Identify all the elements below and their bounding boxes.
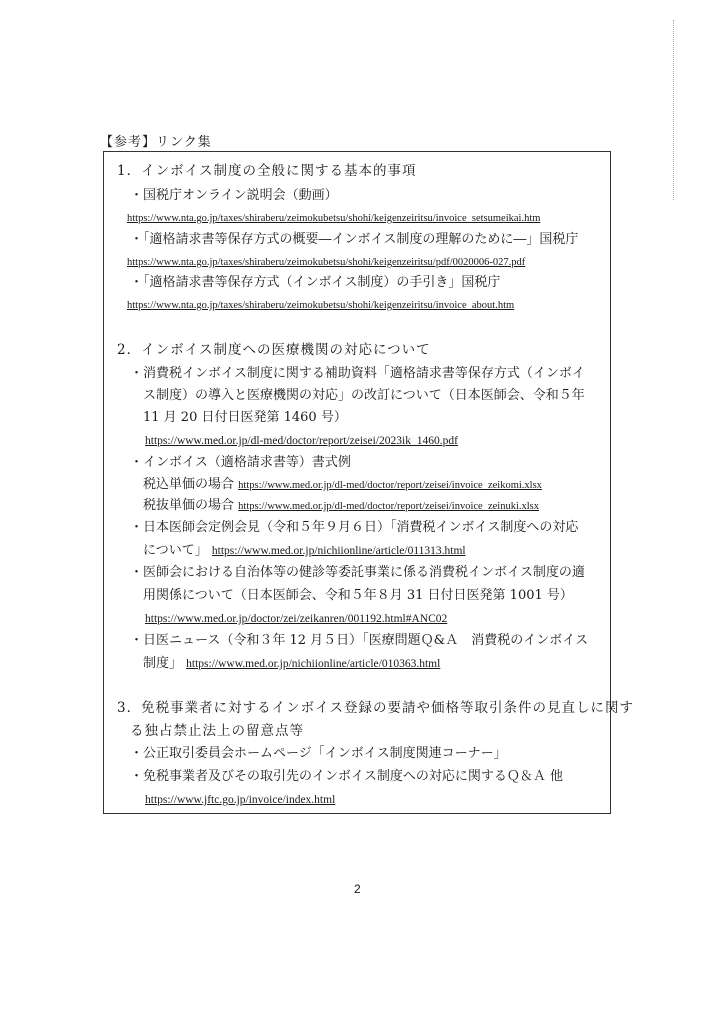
page-heading: 【参考】リンク集 bbox=[100, 131, 212, 150]
tax-included-link[interactable]: https://www.med.or.jp/dl-med/doctor/repo… bbox=[238, 480, 542, 491]
tax-included-label: 税込単価の場合 bbox=[143, 477, 234, 492]
section-1-item-3-link[interactable]: https://www.nta.go.jp/taxes/shiraberu/ze… bbox=[127, 300, 514, 311]
section-2-title: 2．インボイス制度への医療機関の対応について bbox=[117, 342, 431, 358]
section-1-item-1-link[interactable]: https://www.nta.go.jp/taxes/shiraberu/ze… bbox=[127, 213, 540, 224]
section-2-item-4-line-1: ・医師会における自治体等の健診等委託事業に係る消費税インボイス制度の適 bbox=[130, 565, 585, 581]
section-2-item-5-line-1: ・日医ニュース（令和３年 12 月５日）「医療問題Ｑ&Ａ 消費税のインボイス bbox=[130, 633, 588, 649]
page-number: 2 bbox=[354, 882, 361, 896]
section-2-item-3-line-2: について」 bbox=[143, 543, 208, 558]
section-2-item-5-link[interactable]: https://www.med.or.jp/nichiionline/artic… bbox=[186, 658, 440, 670]
section-3-title-line-2: る独占禁止法上の留意点等 bbox=[130, 723, 304, 739]
tax-excluded-link[interactable]: https://www.med.or.jp/dl-med/doctor/repo… bbox=[238, 501, 539, 512]
section-3-item-2-text: ・免税事業者及びその取引先のインボイス制度への対応に関するＱ＆Ａ 他 bbox=[130, 769, 563, 785]
section-2-item-3-link[interactable]: https://www.med.or.jp/nichiionline/artic… bbox=[212, 545, 466, 557]
section-1-item-1-text: ・国税庁オンライン説明会（動画） bbox=[130, 188, 338, 204]
section-2-item-5-line-2: 制度」 bbox=[143, 656, 182, 671]
scan-artifact-line bbox=[673, 20, 675, 200]
section-3-item-2-link[interactable]: https://www.jftc.go.jp/invoice/index.htm… bbox=[145, 794, 335, 806]
section-2-item-3-line-1: ・日本医師会定例会見（令和５年９月６日）「消費税インボイス制度への対応 bbox=[130, 520, 578, 536]
section-1-item-3-text: ・「適格請求書等保存方式（インボイス制度）の手引き」国税庁 bbox=[130, 275, 500, 291]
section-2-item-1-line-3: 11 月 20 日付日医発第 1460 号） bbox=[143, 410, 347, 426]
section-2-item-1-link[interactable]: https://www.med.or.jp/dl-med/doctor/repo… bbox=[145, 435, 458, 447]
tax-excluded-label: 税抜単価の場合 bbox=[143, 498, 234, 513]
section-3-item-1-text: ・公正取引委員会ホームページ「インボイス制度関連コーナー」 bbox=[130, 746, 507, 762]
section-1-item-2-link[interactable]: https://www.nta.go.jp/taxes/shiraberu/ze… bbox=[127, 257, 525, 268]
section-2-item-4-link[interactable]: https://www.med.or.jp/doctor/zei/zeikanr… bbox=[145, 613, 447, 625]
section-2-item-4-line-2: 用関係について（日本医師会、令和５年８月 31 日付日医発第 1001 号） bbox=[143, 588, 573, 604]
section-1-title: 1．インボイス制度の全般に関する基本的事項 bbox=[117, 163, 416, 179]
section-2-item-1-line-2: ス制度）の導入と医療機関の対応」の改訂について（日本医師会、令和５年 bbox=[143, 388, 585, 404]
section-2-item-1-line-1: ・消費税インボイス制度に関する補助資料「適格請求書等保存方式（インボイ bbox=[130, 366, 585, 382]
section-2-item-2-text: ・インボイス（適格請求書等）書式例 bbox=[130, 455, 351, 471]
section-1-item-2-text: ・「適格請求書等保存方式の概要―インボイス制度の理解のために―」国税庁 bbox=[130, 232, 578, 248]
section-3-title-line-1: 3．免税事業者に対するインボイス登録の要請や価格等取引条件の見直しに関す bbox=[117, 700, 634, 716]
